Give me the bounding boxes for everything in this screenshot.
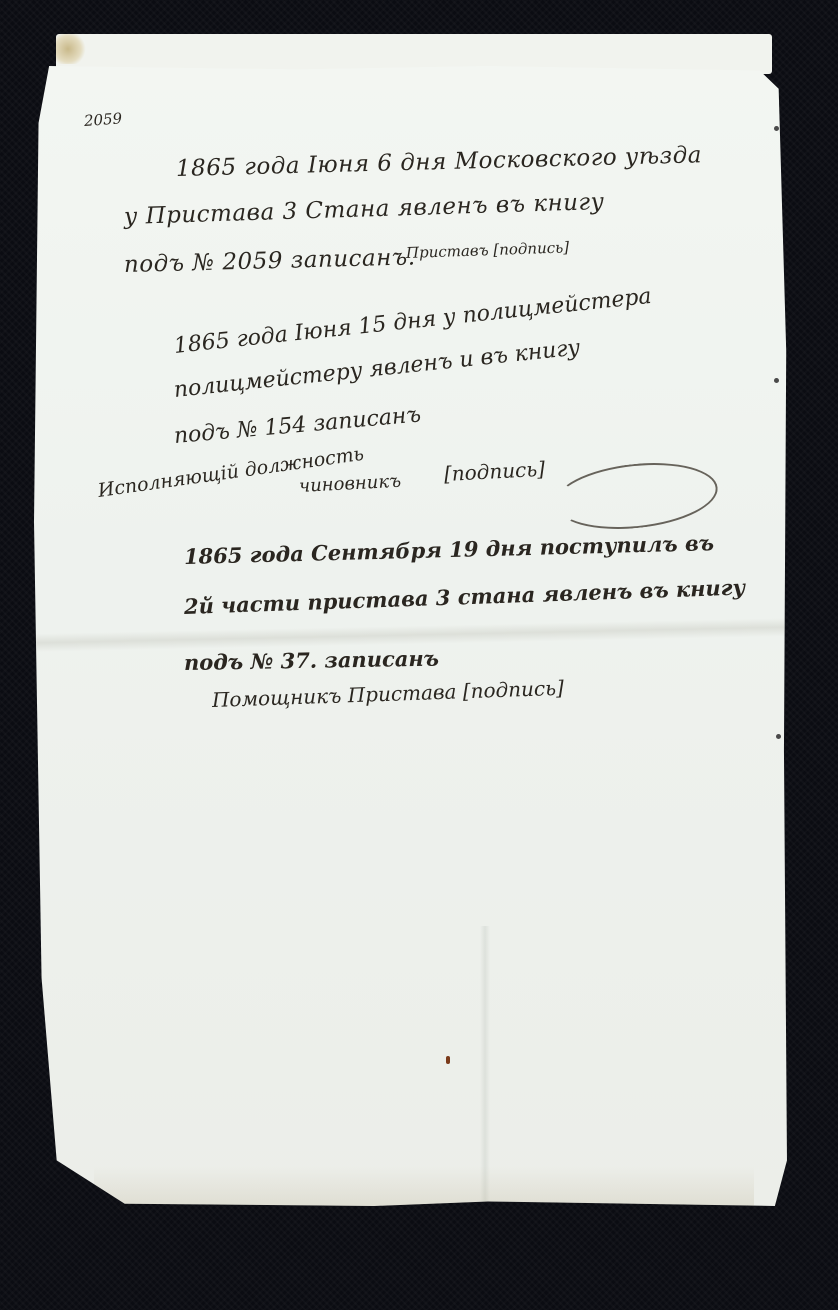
entry-2-line-1: 1865 года Іюня 15 дня у полицмейстера: [173, 284, 653, 359]
binding-hole: [774, 126, 779, 131]
document-page: 2059 1865 года Іюня 6 дня Московского уѣ…: [34, 66, 790, 1206]
entry-2-signature-name: [подпись]: [443, 457, 545, 486]
entry-3-signature: Помощникъ Пристава [подпись]: [212, 676, 565, 712]
entry-1-line-3: подъ № 2059 записанъ.: [124, 244, 416, 278]
binding-hole: [786, 1226, 791, 1231]
entry-1-line-2: у Пристава 3 Стана явленъ въ книгу: [124, 189, 605, 230]
vertical-fold: [480, 926, 490, 1206]
page-number: 2059: [83, 109, 122, 130]
entry-3-line-3: подъ № 37. записанъ: [184, 646, 439, 675]
binding-hole: [772, 68, 777, 73]
entry-3-line-2: 2й части пристава 3 стана явленъ въ книг…: [184, 574, 746, 619]
corner-stain: [56, 34, 86, 64]
entry-2-line-3: подъ № 154 записанъ: [173, 402, 422, 449]
binding-hole: [774, 378, 779, 383]
bottom-edge-stain: [94, 1166, 754, 1206]
entry-1-signature: Приставъ [подпись]: [406, 238, 570, 262]
ink-mark: [446, 1056, 450, 1064]
signature-flourish: [551, 456, 721, 537]
binding-hole: [776, 734, 781, 739]
entry-3-line-1: 1865 года Сентября 19 дня поступилъ въ: [184, 530, 715, 569]
entry-2-signature-rank: чиновникъ: [298, 471, 401, 497]
entry-1-line-1: 1865 года Іюня 6 дня Московского уѣзда: [176, 142, 703, 182]
